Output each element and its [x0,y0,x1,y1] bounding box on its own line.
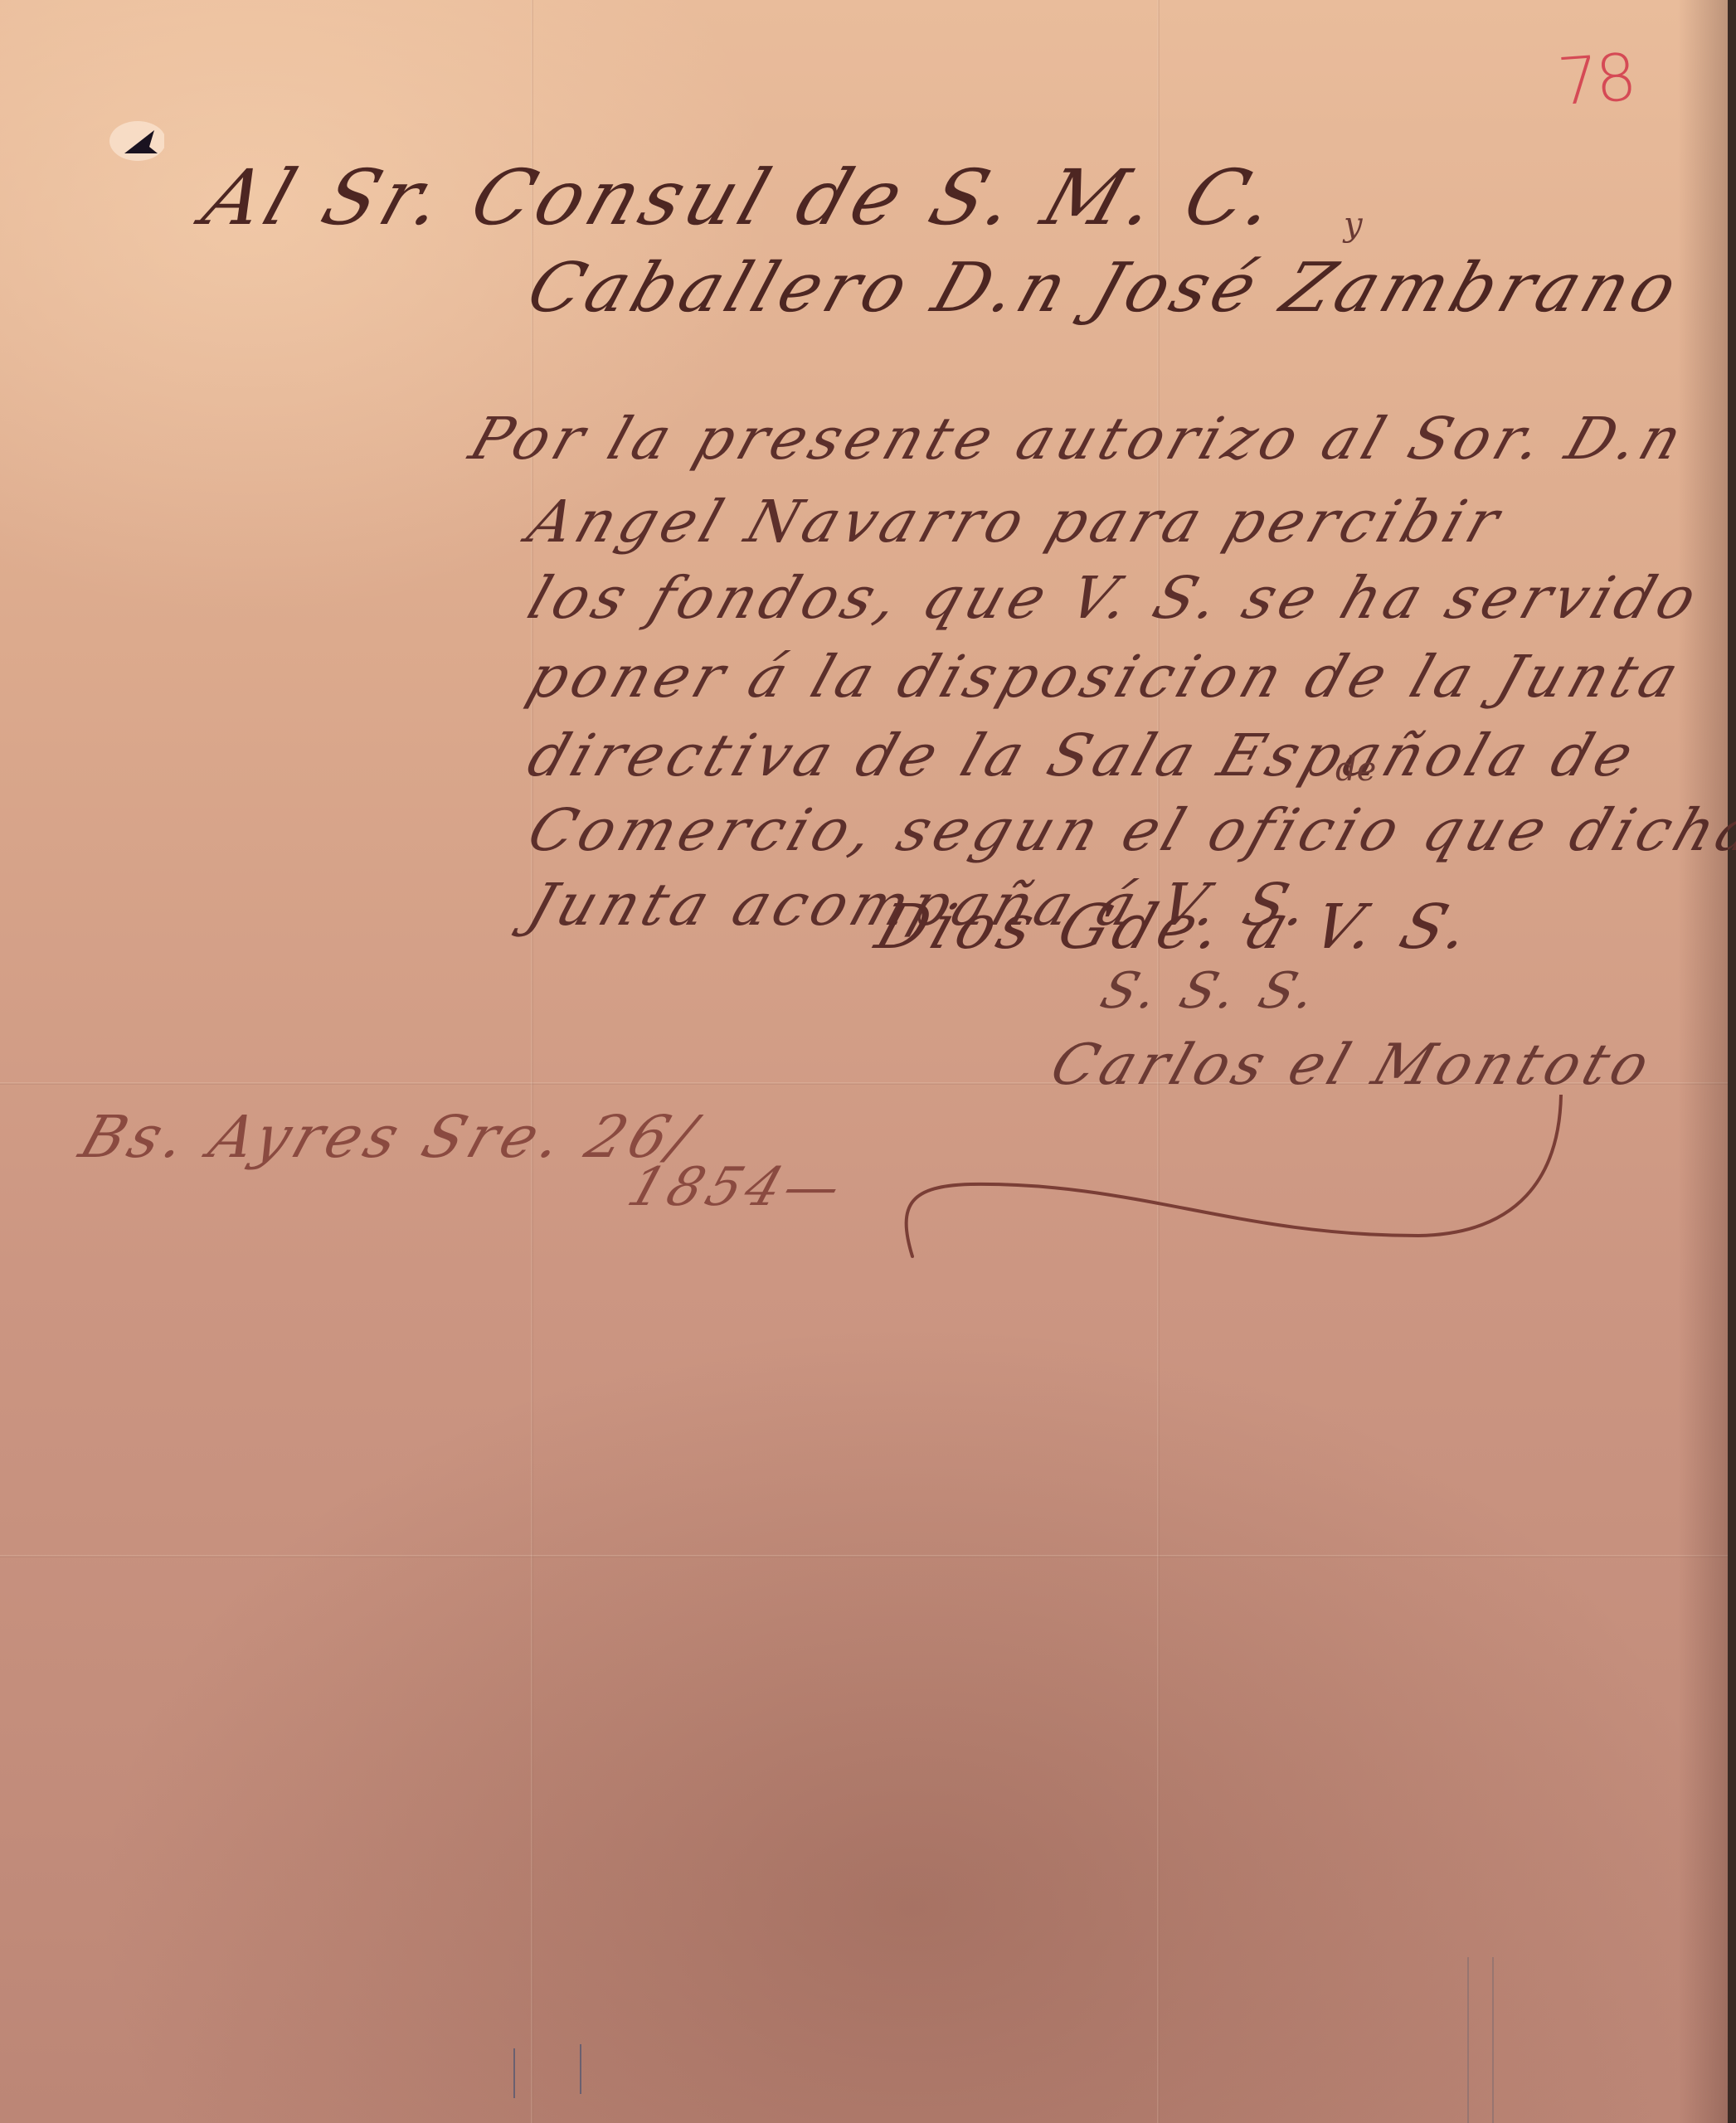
body-line: Angel Navarro para percibir [520,488,1513,556]
body-line: Por la presente autorizo al Sor. D.n [462,405,1695,473]
fold-crease-horizontal [0,1555,1728,1557]
dateline-year: 1854— [620,1157,853,1218]
body-line: directiva de la Sala Española de [520,721,1646,789]
closing-formula: Dios Gde. a V. S. [868,891,1484,963]
punch-hole-icon [106,120,164,166]
address-line-1: Al Sr. Consul de S. M. C. [193,153,1292,242]
pencil-marks-icon [0,1907,1736,2123]
signature: Carlos el Montoto [1043,1032,1661,1098]
closing-abbreviation: S. S. S. [1094,962,1329,1020]
body-line: poner á la disposicion de la Junta [520,643,1692,711]
signature-flourish-icon [887,1095,1568,1269]
letter-page: 78 Al Sr. Consul de S. M. C. y Caballero… [0,0,1728,2123]
body-line: Comercio, segun el oficio que dicha [520,796,1736,864]
interlinear-correction: de [1335,751,1376,789]
interlinear-correction: y [1344,206,1363,244]
folio-number: 78 [1555,41,1636,120]
address-line-2: Caballero D.n José Zambrano [518,249,1692,328]
body-line: los fondos, que V. S. se ha servido [520,564,1710,632]
dateline: Bs. Ayres Sre. 26/ [72,1103,708,1171]
